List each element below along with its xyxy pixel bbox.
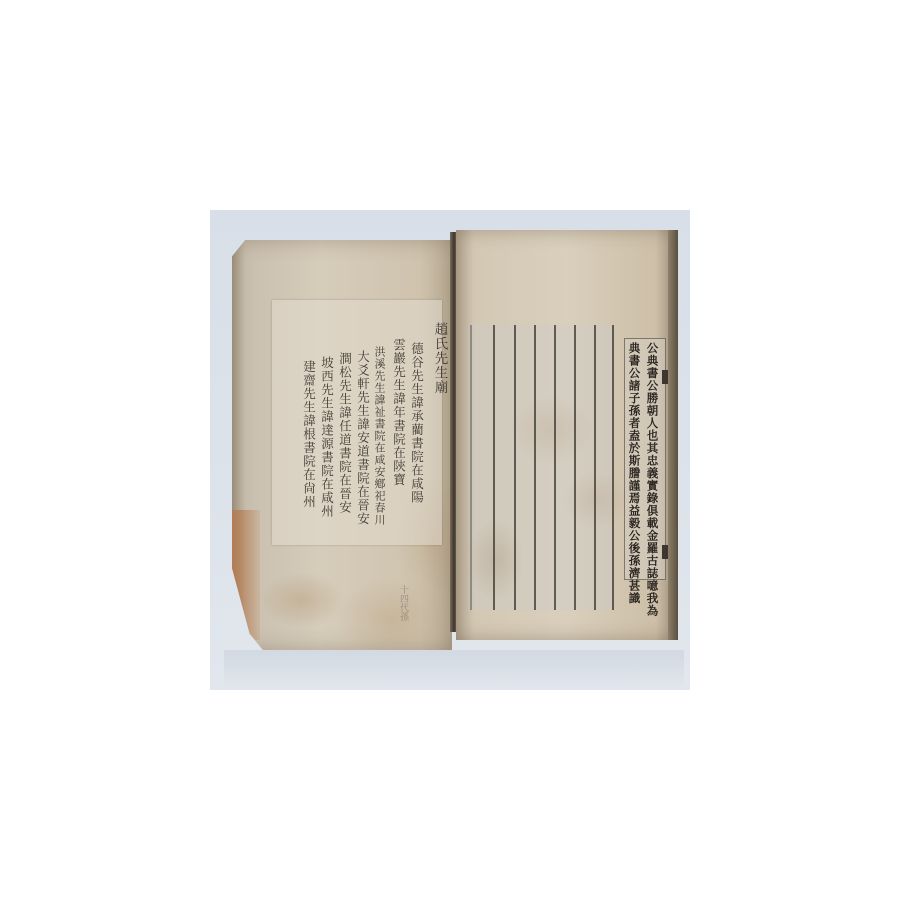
right-page: 公典書公勝朝人也其忠義實錄俱載金羅古誌噫我為 典書公諸子孫者盍於斯謄謹焉益毅公後… (456, 230, 678, 640)
left-page: 趙氏先生廟 德谷先生諱承藺書院在咸陽 雲巖先生諱年書院在陝寶 洪溪先生諱祉書院在… (232, 240, 452, 650)
left-column-1: 德谷先生諱承藺書院在咸陽 (410, 342, 423, 504)
page-edge (668, 230, 678, 640)
right-column-2: 典書公諸子孫者盍於斯謄謹焉益毅公後孫濟甚識 (628, 342, 640, 605)
left-column-5: 澗松先生諱任道書院在晉安 (338, 352, 351, 514)
table-shadow (224, 650, 684, 690)
pencil-annotation: 十四代孫 (397, 585, 410, 621)
right-column-1: 公典書公勝朝人也其忠義實錄俱載金羅古誌噫我為 (646, 342, 658, 617)
book-photo: 趙氏先生廟 德谷先生諱承藺書院在咸陽 雲巖先生諱年書院在陝寶 洪溪先生諱祉書院在… (210, 210, 690, 690)
left-column-3: 洪溪先生諱祉書院在咸安鄕祀春川 (374, 346, 385, 526)
water-stain (232, 510, 260, 640)
left-column-7: 建齋先生諱根書院在尙州 (302, 360, 315, 509)
left-column-2: 雲巖先生諱年書院在陝寶 (392, 338, 405, 487)
left-page-heading: 趙氏先生廟 (432, 322, 446, 395)
left-column-4: 大爻軒先生諱安道書院在晉安 (356, 350, 369, 526)
left-column-6: 坡西先生諱達源書院在咸州 (320, 356, 333, 518)
ruled-lines-block (468, 325, 613, 610)
